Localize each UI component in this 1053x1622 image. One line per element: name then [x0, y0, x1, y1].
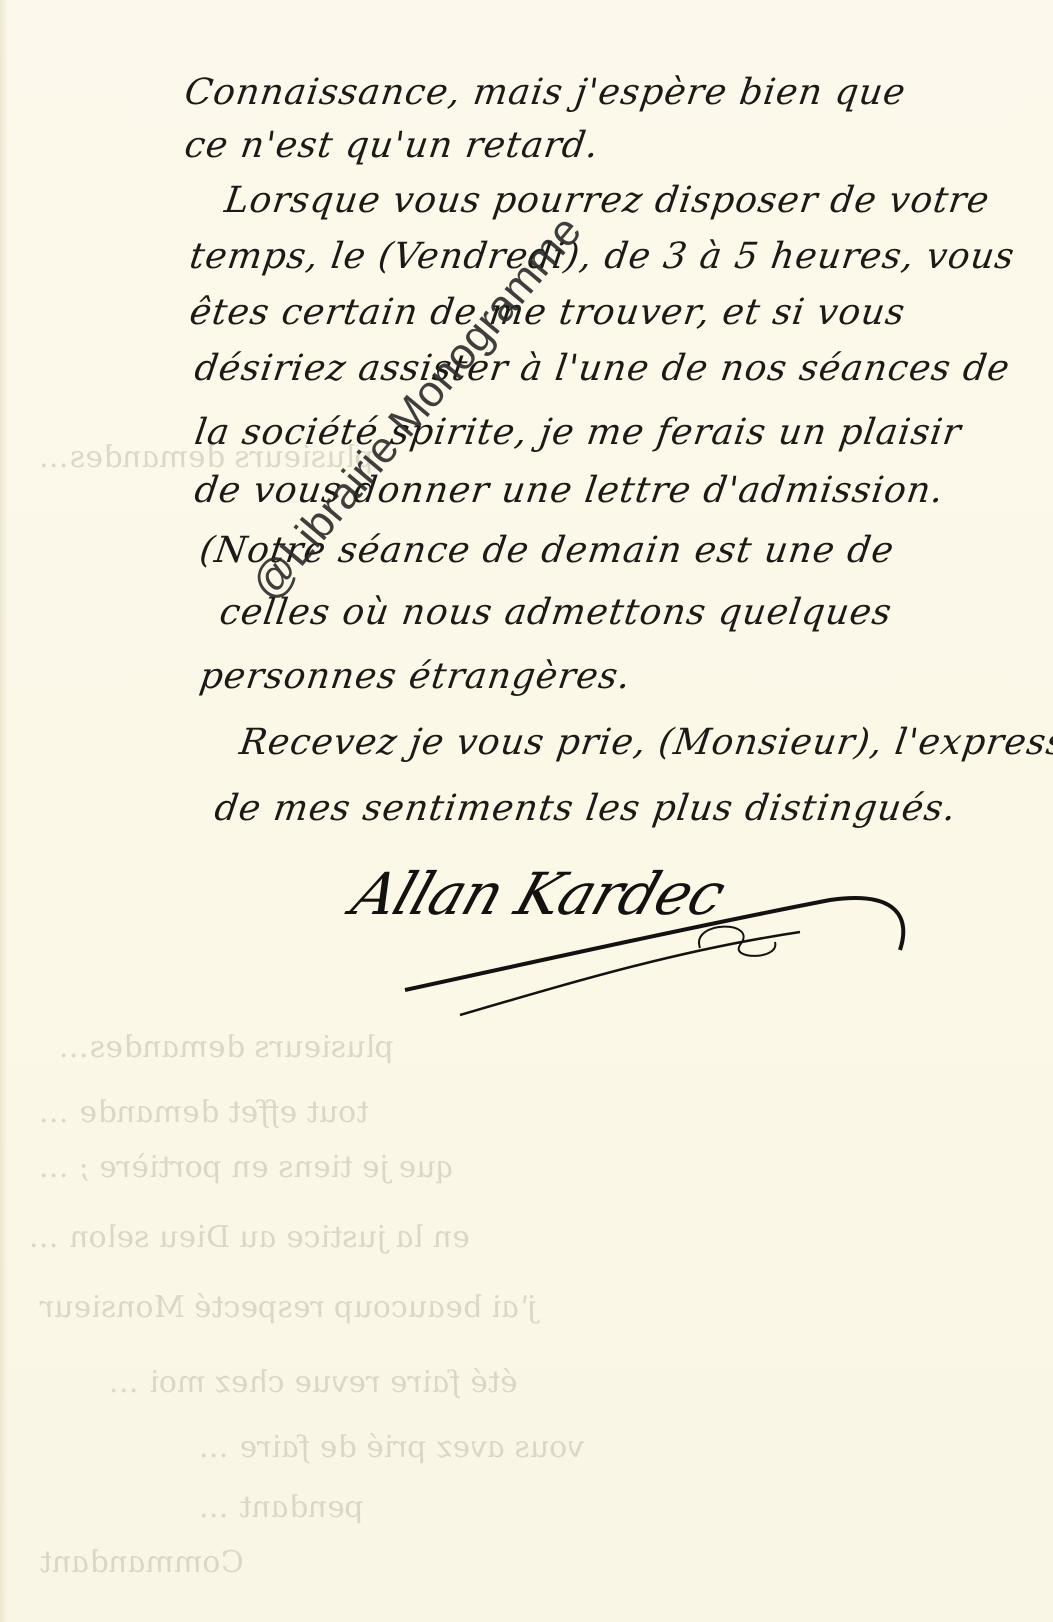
- bleed-through-line: été faire revue chez moi …: [107, 1365, 521, 1400]
- bleed-through-line: j'ai beaucoup respecté Monsieur: [37, 1290, 540, 1325]
- letter-line: de mes sentiments les plus distingués.: [212, 788, 959, 829]
- bleed-through-line: Commandant: [37, 1545, 247, 1580]
- letter-line: Lorsque vous pourrez disposer de votre: [222, 180, 992, 221]
- letter-line: êtes certain de me trouver, et si vous: [187, 292, 908, 333]
- letter-line: désiriez assister à l'une de nos séances…: [192, 348, 1013, 389]
- letter-line: la société spirite, je me ferais un plai…: [192, 412, 964, 453]
- bleed-through-line: que je tiens en portière ; …: [37, 1150, 458, 1185]
- letter-line: ce n'est qu'un retard.: [182, 125, 602, 166]
- letter-line: Connaissance, mais j'espère bien que: [182, 72, 908, 113]
- bleed-through-line: tout effet demande …: [37, 1095, 372, 1130]
- paper-edge: [0, 0, 8, 1622]
- letter-line: personnes étrangères.: [197, 656, 633, 697]
- signature-flourish: [400, 880, 920, 1020]
- letter-line: celles où nous admettons quelques: [217, 592, 894, 633]
- letter-line: Recevez je vous prie, (Monsieur), l'expr…: [237, 722, 1053, 763]
- letter-line: temps, le (Vendredi), de 3 à 5 heures, v…: [187, 236, 1017, 277]
- bleed-through-line: plusieurs demandes…: [57, 1030, 398, 1065]
- bleed-through-line: vous avez prié de faire …: [197, 1430, 588, 1465]
- bleed-through-line: en la justice au Dieu selon …: [27, 1220, 473, 1255]
- bleed-through-line: pendant …: [197, 1490, 367, 1525]
